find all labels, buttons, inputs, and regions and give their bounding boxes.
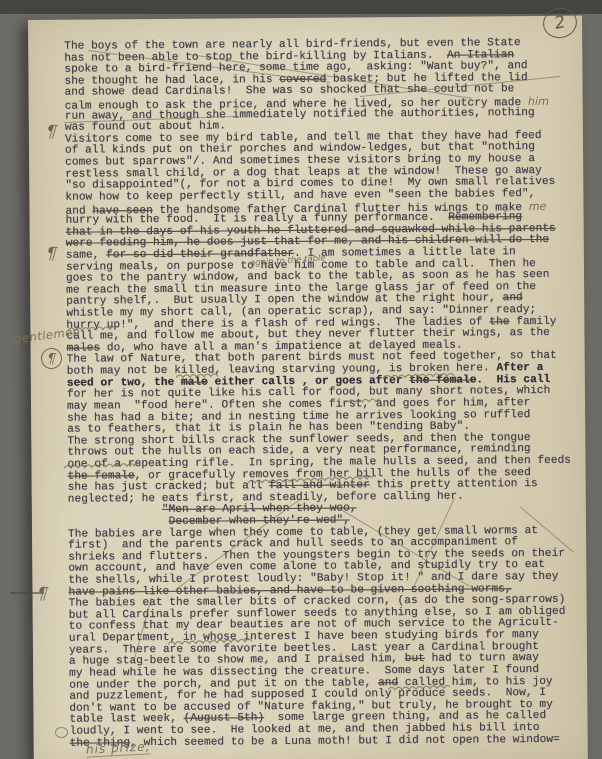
typed-line: the thing, which seemed to be a Luna mot… (70, 734, 582, 750)
struck-text: and (378, 677, 398, 689)
typed-text: After a (496, 362, 543, 374)
photo-background-band (0, 0, 602, 14)
struck-text: and (503, 293, 523, 305)
typed-text: me (529, 199, 547, 212)
struck-text: Remembering (448, 211, 522, 224)
struck-text: the (489, 316, 509, 328)
typed-text-block: The boys of the town are nearly all bird… (64, 38, 582, 750)
typed-text: family (509, 315, 556, 327)
scanned-document-photo: The boys of the town are nearly all bird… (0, 0, 602, 759)
struck-text: the thing (70, 737, 131, 749)
typed-text: same, (66, 249, 106, 261)
manuscript-paper-sheet: The boys of the town are nearly all bird… (28, 16, 588, 759)
struck-text: but (405, 653, 425, 665)
typed-text: , which seemed to be a Luna moth! but I … (130, 733, 560, 748)
